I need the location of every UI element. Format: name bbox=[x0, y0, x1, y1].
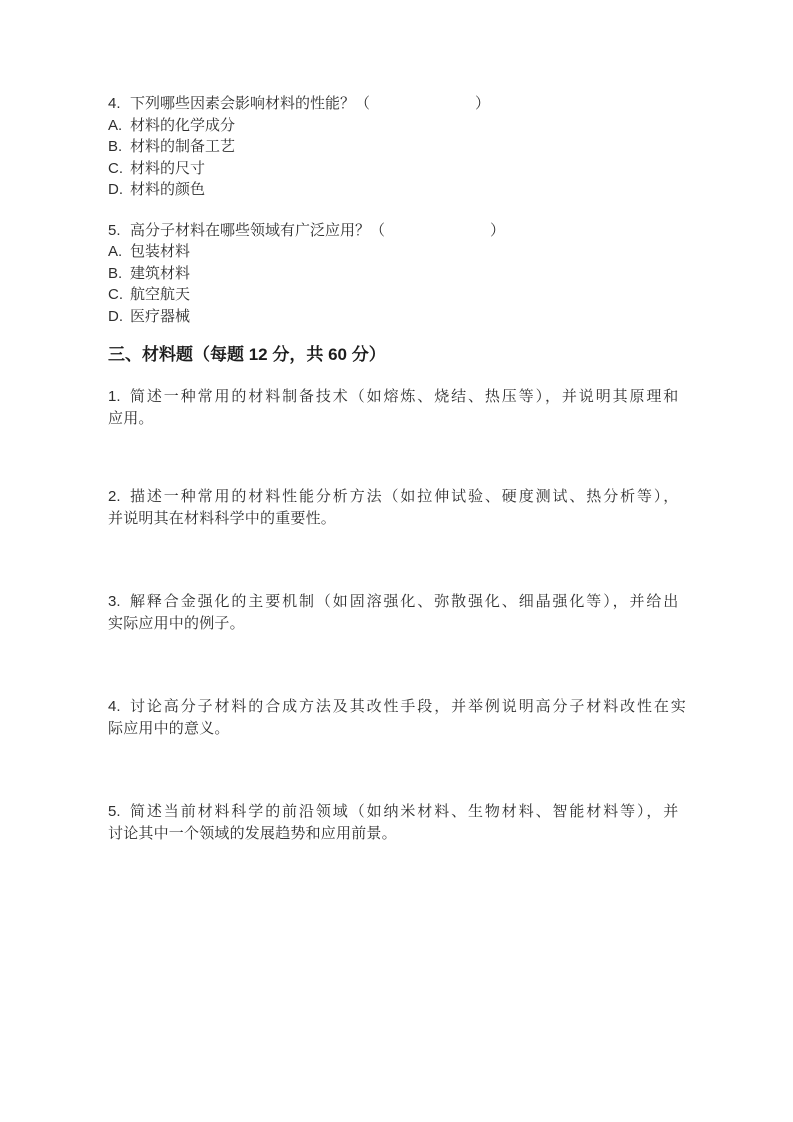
option-text: 材料的尺寸 bbox=[130, 160, 205, 177]
page-content: 4.下列哪些因素会影响材料的性能？（ ） A.材料的化学成分 B.材料的制备工艺… bbox=[0, 0, 793, 844]
essay-line-2: 际应用中的意义。 bbox=[108, 718, 693, 740]
essay-line-2: 应用。 bbox=[108, 408, 693, 430]
option-row: A.材料的化学成分 bbox=[108, 115, 693, 137]
essay-line-2: 并说明其在材料科学中的重要性。 bbox=[108, 508, 693, 530]
essay-text: 解释合金强化的主要机制（如固溶强化、弥散强化、细晶强化等），并给出 bbox=[130, 593, 680, 610]
option-label: B. bbox=[108, 263, 130, 285]
option-text: 材料的化学成分 bbox=[130, 117, 235, 134]
option-row: D.材料的颜色 bbox=[108, 179, 693, 201]
essay-question-5: 5.简述当前材料科学的前沿领域（如纳米材料、生物材料、智能材料等），并 讨论其中… bbox=[108, 801, 693, 844]
essay-line-1: 1.简述一种常用的材料制备技术（如熔炼、烧结、热压等），并说明其原理和 bbox=[108, 386, 693, 408]
option-text: 航空航天 bbox=[130, 286, 190, 303]
essay-line-1: 2.描述一种常用的材料性能分析方法（如拉伸试验、硬度测试、热分析等）， bbox=[108, 486, 693, 508]
mcq-prompt-row: 4.下列哪些因素会影响材料的性能？（ ） bbox=[108, 93, 693, 115]
essay-text: 讨论高分子材料的合成方法及其改性手段，并举例说明高分子材料改性在实 bbox=[130, 698, 688, 715]
essay-text: 描述一种常用的材料性能分析方法（如拉伸试验、硬度测试、热分析等）， bbox=[130, 488, 680, 505]
question-prompt: 下列哪些因素会影响材料的性能？（ ） bbox=[130, 95, 490, 112]
option-row: A.包装材料 bbox=[108, 241, 693, 263]
option-row: C.材料的尺寸 bbox=[108, 158, 693, 180]
essay-question-2: 2.描述一种常用的材料性能分析方法（如拉伸试验、硬度测试、热分析等）， 并说明其… bbox=[108, 486, 693, 529]
option-text: 医疗器械 bbox=[130, 308, 190, 325]
essay-line-2: 讨论其中一个领域的发展趋势和应用前景。 bbox=[108, 823, 693, 845]
essay-text: 简述一种常用的材料制备技术（如熔炼、烧结、热压等），并说明其原理和 bbox=[130, 388, 680, 405]
question-number: 5. bbox=[108, 801, 130, 823]
option-text: 建筑材料 bbox=[130, 265, 190, 282]
option-label: B. bbox=[108, 136, 130, 158]
essay-question-3: 3.解释合金强化的主要机制（如固溶强化、弥散强化、细晶强化等），并给出 实际应用… bbox=[108, 591, 693, 634]
mcq-question-5: 5.高分子材料在哪些领域有广泛应用？（ ） A.包装材料 B.建筑材料 C.航空… bbox=[108, 220, 693, 328]
question-number: 4. bbox=[108, 93, 130, 115]
option-row: B.材料的制备工艺 bbox=[108, 136, 693, 158]
essay-text: 简述当前材料科学的前沿领域（如纳米材料、生物材料、智能材料等），并 bbox=[130, 803, 680, 820]
option-row: B.建筑材料 bbox=[108, 263, 693, 285]
option-text: 包装材料 bbox=[130, 243, 190, 260]
question-number: 1. bbox=[108, 386, 130, 408]
essay-line-1: 3.解释合金强化的主要机制（如固溶强化、弥散强化、细晶强化等），并给出 bbox=[108, 591, 693, 613]
essay-question-1: 1.简述一种常用的材料制备技术（如熔炼、烧结、热压等），并说明其原理和 应用。 bbox=[108, 386, 693, 429]
essay-line-2: 实际应用中的例子。 bbox=[108, 613, 693, 635]
essay-line-1: 4.讨论高分子材料的合成方法及其改性手段，并举例说明高分子材料改性在实 bbox=[108, 696, 693, 718]
option-label: C. bbox=[108, 158, 130, 180]
option-text: 材料的制备工艺 bbox=[130, 138, 235, 155]
question-number: 5. bbox=[108, 220, 130, 242]
option-row: C.航空航天 bbox=[108, 284, 693, 306]
question-prompt: 高分子材料在哪些领域有广泛应用？（ ） bbox=[130, 222, 505, 239]
exam-paper-page: 4.下列哪些因素会影响材料的性能？（ ） A.材料的化学成分 B.材料的制备工艺… bbox=[0, 0, 793, 1122]
option-label: C. bbox=[108, 284, 130, 306]
option-label: D. bbox=[108, 179, 130, 201]
question-number: 2. bbox=[108, 486, 130, 508]
mcq-prompt-row: 5.高分子材料在哪些领域有广泛应用？（ ） bbox=[108, 220, 693, 242]
essay-question-4: 4.讨论高分子材料的合成方法及其改性手段，并举例说明高分子材料改性在实 际应用中… bbox=[108, 696, 693, 739]
option-text: 材料的颜色 bbox=[130, 181, 205, 198]
essay-line-1: 5.简述当前材料科学的前沿领域（如纳米材料、生物材料、智能材料等），并 bbox=[108, 801, 693, 823]
question-number: 3. bbox=[108, 591, 130, 613]
option-label: D. bbox=[108, 306, 130, 328]
option-label: A. bbox=[108, 241, 130, 263]
mcq-question-4: 4.下列哪些因素会影响材料的性能？（ ） A.材料的化学成分 B.材料的制备工艺… bbox=[108, 93, 693, 201]
option-label: A. bbox=[108, 115, 130, 137]
section-title: 三、材料题（每题 12 分，共 60 分） bbox=[108, 344, 693, 366]
option-row: D.医疗器械 bbox=[108, 306, 693, 328]
question-number: 4. bbox=[108, 696, 130, 718]
